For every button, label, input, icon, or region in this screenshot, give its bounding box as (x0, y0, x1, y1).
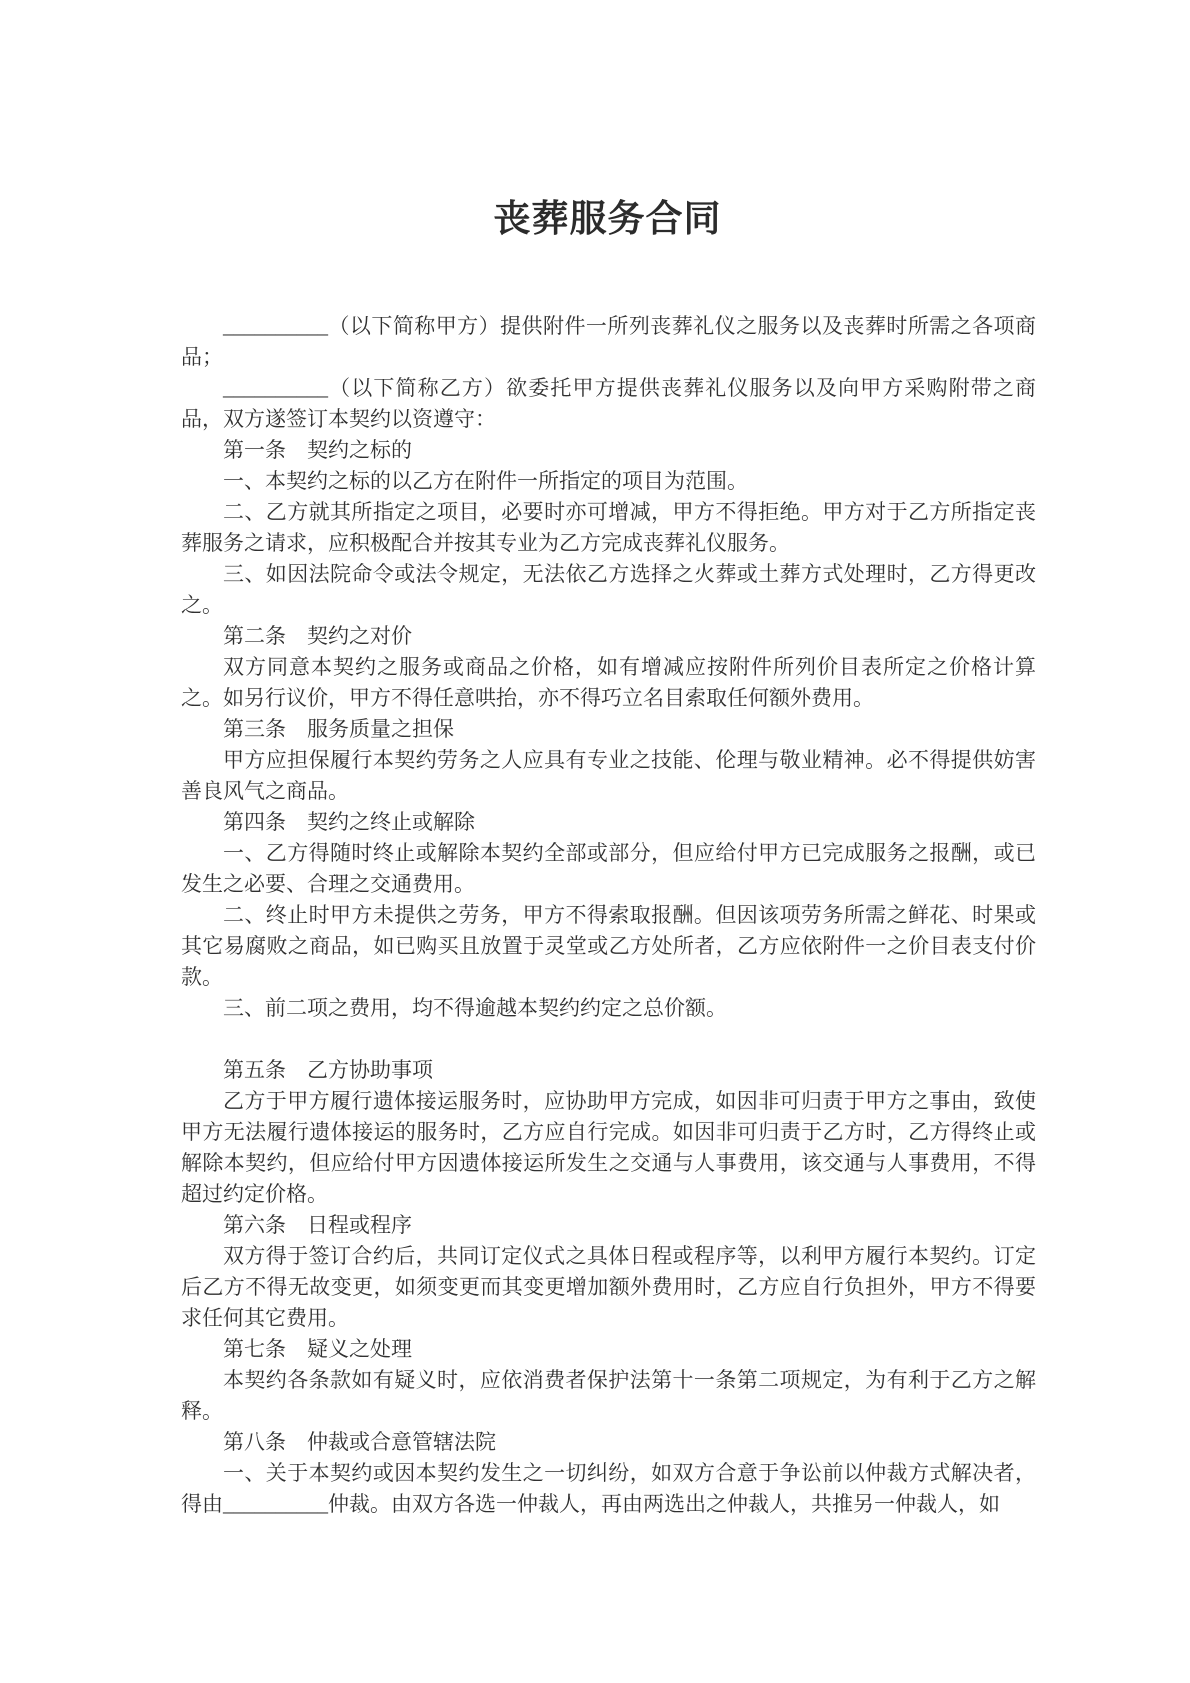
contract-paragraph: 双方得于签订合约后，共同订定仪式之具体日程或程序等，以利甲方履行本契约。订定后乙… (181, 1241, 1036, 1334)
contract-paragraph: 本契约各条款如有疑义时，应依消费者保护法第十一条第二项规定，为有利于乙方之解释。 (181, 1365, 1036, 1427)
contract-paragraph: 三、前二项之费用，均不得逾越本契约约定之总价额。 (181, 993, 1036, 1024)
contract-paragraph: 二、乙方就其所指定之项目，必要时亦可增减，甲方不得拒绝。甲方对于乙方所指定丧葬服… (181, 497, 1036, 559)
contract-body: __________（以下简称甲方）提供附件一所列丧葬礼仪之服务以及丧葬时所需之… (181, 311, 1036, 1520)
contract-paragraph: 二、终止时甲方未提供之劳务，甲方不得索取报酬。但因该项劳务所需之鲜花、时果或其它… (181, 900, 1036, 993)
contract-paragraph: 第八条 仲裁或合意管辖法院 (181, 1427, 1036, 1458)
contract-paragraph: 第三条 服务质量之担保 (181, 714, 1036, 745)
contract-paragraph: 第四条 契约之终止或解除 (181, 807, 1036, 838)
contract-paragraph: 一、本契约之标的以乙方在附件一所指定的项目为范围。 (181, 466, 1036, 497)
contract-paragraph: 乙方于甲方履行遗体接运服务时，应协助甲方完成，如因非可归责于甲方之事由，致使甲方… (181, 1086, 1036, 1210)
contract-paragraph: 第七条 疑义之处理 (181, 1334, 1036, 1365)
contract-paragraph: 第六条 日程或程序 (181, 1210, 1036, 1241)
contract-paragraph: __________（以下简称乙方）欲委托甲方提供丧葬礼仪服务以及向甲方采购附带… (181, 373, 1036, 435)
page-title: 丧葬服务合同 (180, 188, 1035, 242)
contract-paragraph: 甲方应担保履行本契约劳务之人应具有专业之技能、伦理与敬业精神。必不得提供妨害善良… (181, 745, 1036, 807)
document-page: 丧葬服务合同 __________（以下简称甲方）提供附件一所列丧葬礼仪之服务以… (0, 0, 1190, 1683)
contract-paragraph: 三、如因法院命令或法令规定，无法依乙方选择之火葬或土葬方式处理时，乙方得更改之。 (181, 559, 1036, 621)
contract-paragraph: 双方同意本契约之服务或商品之价格，如有增减应按附件所列价目表所定之价格计算之。如… (181, 652, 1036, 714)
contract-paragraph: 一、关于本契约或因本契约发生之一切纠纷，如双方合意于争讼前以仲裁方式解决者，得由… (181, 1458, 1036, 1520)
contract-paragraph: 一、乙方得随时终止或解除本契约全部或部分，但应给付甲方已完成服务之报酬，或已发生… (181, 838, 1036, 900)
contract-paragraph: 第五条 乙方协助事项 (181, 1055, 1036, 1086)
contract-paragraph: 第一条 契约之标的 (181, 435, 1036, 466)
contract-paragraph: __________（以下简称甲方）提供附件一所列丧葬礼仪之服务以及丧葬时所需之… (181, 311, 1036, 373)
contract-paragraph: 第二条 契约之对价 (181, 621, 1036, 652)
